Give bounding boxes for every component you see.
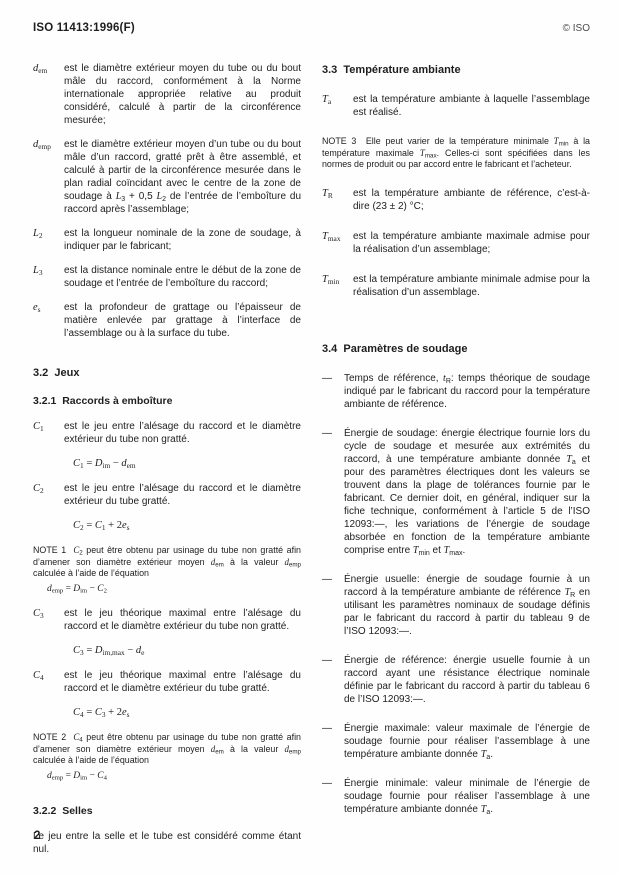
symbol-text: est la température ambiante maximale adm… xyxy=(353,230,590,256)
symbol-term: C1 xyxy=(33,420,64,446)
left-column: dem est le diamètre extérieur moyen du t… xyxy=(33,62,301,867)
clearance-definition-c4: C4 est le jeu théorique maximal entre l’… xyxy=(33,669,301,695)
welding-parameter-item: — Énergie de soudage: énergie électrique… xyxy=(322,427,590,557)
parameter-text: Énergie de soudage: énergie électrique f… xyxy=(344,427,590,557)
dash-marker: — xyxy=(322,372,344,411)
symbol-term: C4 xyxy=(33,669,64,695)
symbol-term: L2 xyxy=(33,227,64,253)
note-text: Elle peut varier de la température minim… xyxy=(322,136,590,169)
note-label: NOTE 3 xyxy=(322,136,356,146)
symbol-text: est le jeu entre l’alésage du raccord et… xyxy=(64,482,301,508)
symbol-term: Tmax xyxy=(322,230,353,256)
symbol-text: est le jeu théorique maximal entre l’alé… xyxy=(64,669,301,695)
symbol-text: est le diamètre extérieur moyen d’un tub… xyxy=(64,138,301,216)
welding-parameter-item: — Temps de référence, tR: temps théoriqu… xyxy=(322,372,590,411)
formula-c3: C3 = Dim,max − de xyxy=(73,644,301,657)
page-number: 2 xyxy=(34,830,40,842)
dash-marker: — xyxy=(322,722,344,761)
symbol-text: est le jeu entre l’alésage du raccord et… xyxy=(64,420,301,446)
symbol-text: est la longueur nominale de la zone de s… xyxy=(64,227,301,253)
symbol-term: C3 xyxy=(33,607,64,633)
note-2: NOTE 2 C4 peut être obtenu par usinage d… xyxy=(33,732,301,782)
welding-parameter-item: — Énergie maximale: valeur maximale de l… xyxy=(322,722,590,761)
symbol-text: est la distance nominale entre le début … xyxy=(64,264,301,290)
symbol-definition-l3: L3 est la distance nominale entre le déb… xyxy=(33,264,301,290)
dash-marker: — xyxy=(322,427,344,557)
document-reference: ISO 11413:1996(F) xyxy=(33,22,135,34)
dash-marker: — xyxy=(322,573,344,638)
clearance-definition-c3: C3 est le jeu théorique maximal entre l’… xyxy=(33,607,301,633)
formula-c1: C1 = Dim − dem xyxy=(73,457,301,470)
note-label: NOTE 2 xyxy=(33,732,66,742)
symbol-text: est la température ambiante minimale adm… xyxy=(353,273,590,299)
symbol-text: est la profondeur de grattage ou l’épais… xyxy=(64,301,301,340)
parameter-text: Énergie minimale: valeur minimale de l’é… xyxy=(344,777,590,816)
section-3-4-heading: 3.4 Paramètres de soudage xyxy=(322,343,590,356)
symbol-term: TR xyxy=(322,187,353,213)
welding-parameter-item: — Énergie de référence: énergie usuelle … xyxy=(322,654,590,706)
symbol-term: C2 xyxy=(33,482,64,508)
symbol-text: est le jeu théorique maximal entre l’alé… xyxy=(64,607,301,633)
symbol-term: dem xyxy=(33,62,64,127)
section-3-2-2-heading: 3.2.2 Selles xyxy=(33,805,301,818)
symbol-text: est la température ambiante de référence… xyxy=(353,187,590,213)
formula-note-2: demp = Dim − C4 xyxy=(47,771,301,783)
note-label: NOTE 1 xyxy=(33,545,66,555)
symbol-term: L3 xyxy=(33,264,64,290)
document-page: ISO 11413:1996(F) © ISO dem est le diamè… xyxy=(0,0,620,876)
parameter-text: Énergie maximale: valeur maximale de l’é… xyxy=(344,722,590,761)
parameter-text: Temps de référence, tR: temps théorique … xyxy=(344,372,590,411)
symbol-term: Ta xyxy=(322,93,353,119)
symbol-term: demp xyxy=(33,138,64,216)
symbol-text: est la température ambiante à laquelle l… xyxy=(353,93,590,119)
formula-c4: C4 = C3 + 2es xyxy=(73,706,301,719)
temperature-definition-tr: TR est la température ambiante de référe… xyxy=(322,187,590,213)
dash-marker: — xyxy=(322,654,344,706)
symbol-definition-dem: dem est le diamètre extérieur moyen du t… xyxy=(33,62,301,127)
copyright-notice: © ISO xyxy=(563,23,590,34)
section-3-2-heading: 3.2 Jeux xyxy=(33,367,301,380)
symbol-text: est le diamètre extérieur moyen du tube … xyxy=(64,62,301,127)
parameter-text: Énergie de référence: énergie usuelle fo… xyxy=(344,654,590,706)
section-3-2-2-paragraph: Le jeu entre la selle et le tube est con… xyxy=(33,830,301,856)
right-column: 3.3 Température ambiante Ta est la tempé… xyxy=(322,62,590,867)
formula-c2: C2 = C1 + 2es xyxy=(73,519,301,532)
two-column-layout: dem est le diamètre extérieur moyen du t… xyxy=(33,62,590,867)
note-text: C4 peut être obtenu par usinage du tube … xyxy=(33,732,301,765)
welding-parameter-item: — Énergie minimale: valeur minimale de l… xyxy=(322,777,590,816)
section-3-2-1-heading: 3.2.1 Raccords à emboîture xyxy=(33,395,301,408)
temperature-definition-tmax: Tmax est la température ambiante maximal… xyxy=(322,230,590,256)
note-text: C2 peut être obtenu par usinage du tube … xyxy=(33,545,301,578)
welding-parameter-item: — Énergie usuelle: énergie de soudage fo… xyxy=(322,573,590,638)
page-header: ISO 11413:1996(F) © ISO xyxy=(33,22,590,34)
temperature-definition-ta: Ta est la température ambiante à laquell… xyxy=(322,93,590,119)
symbol-definition-es: es est la profondeur de grattage ou l’ép… xyxy=(33,301,301,340)
dash-marker: — xyxy=(322,777,344,816)
clearance-definition-c1: C1 est le jeu entre l’alésage du raccord… xyxy=(33,420,301,446)
formula-note-1: demp = Dim − C2 xyxy=(47,584,301,596)
note-3: NOTE 3 Elle peut varier de la températur… xyxy=(322,136,590,171)
symbol-term: Tmin xyxy=(322,273,353,299)
symbol-definition-demp: demp est le diamètre extérieur moyen d’u… xyxy=(33,138,301,216)
note-1: NOTE 1 C2 peut être obtenu par usinage d… xyxy=(33,545,301,595)
symbol-term: es xyxy=(33,301,64,340)
section-3-3-heading: 3.3 Température ambiante xyxy=(322,64,590,77)
symbol-definition-l2: L2 est la longueur nominale de la zone d… xyxy=(33,227,301,253)
clearance-definition-c2: C2 est le jeu entre l’alésage du raccord… xyxy=(33,482,301,508)
parameter-text: Énergie usuelle: énergie de soudage four… xyxy=(344,573,590,638)
temperature-definition-tmin: Tmin est la température ambiante minimal… xyxy=(322,273,590,299)
